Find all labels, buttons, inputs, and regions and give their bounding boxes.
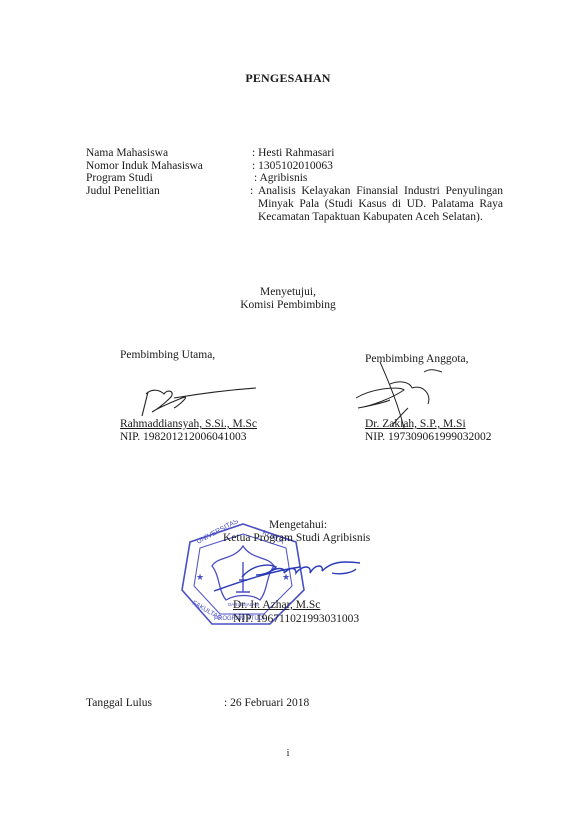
page-title: PENGESAHAN (0, 72, 576, 85)
approval-heading: Menyetujui, (0, 286, 576, 299)
acknowledgement-role: Ketua Program Studi Agribisnis (223, 532, 370, 545)
signature-main (138, 382, 258, 418)
supervisor-main-nip: NIP. 198201212006041003 (120, 431, 247, 444)
colon-judul: : (250, 185, 253, 198)
supervisor-main-role: Pembimbing Utama, (120, 349, 215, 362)
label-prodi: Program Studi (86, 172, 153, 185)
value-prodi: : Agribisnis (254, 172, 307, 185)
supervisor-member-nip: NIP. 197309061999032002 (365, 431, 492, 444)
value-nama: : Hesti Rahmasari (252, 147, 334, 160)
value-judul: Analisis Kelayakan Finansial Industri Pe… (258, 185, 503, 224)
label-judul: Judul Penelitian (86, 185, 160, 198)
signature-head (212, 553, 362, 593)
label-nama: Nama Mahasiswa (86, 147, 168, 160)
supervisor-main-name: Rahmaddiansyah, S.Si., M.Sc (120, 418, 257, 431)
acknowledgement-heading: Mengetahui: (269, 519, 327, 532)
acknowledgement-nip: NIP. 196711021993031003 (233, 613, 359, 626)
document-page: PENGESAHAN Nama Mahasiswa : Hesti Rahmas… (0, 0, 576, 814)
graduation-label: Tanggal Lulus (86, 697, 152, 710)
page-number: i (0, 747, 576, 760)
acknowledgement-name: Dr. Ir. Azhar, M.Sc (233, 599, 320, 612)
svg-text:★: ★ (196, 572, 204, 582)
supervisor-member-name: Dr. Zakiah, S.P., M.Si (365, 418, 466, 431)
approval-subheading: Komisi Pembimbing (0, 299, 576, 312)
graduation-value: : 26 Februari 2018 (224, 697, 309, 710)
